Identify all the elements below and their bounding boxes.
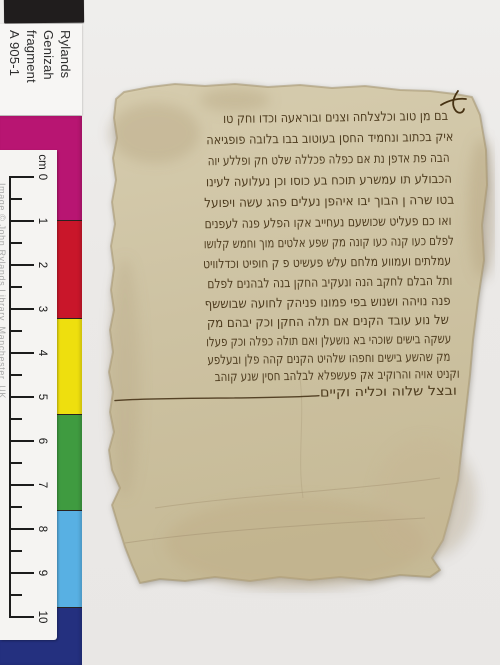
ruler-tick-major: [9, 308, 34, 310]
ruler-tick-major: [9, 440, 34, 442]
ruler-tick-major: [9, 352, 34, 354]
ruler-number: 5: [36, 388, 48, 406]
ruler-tick-major: [9, 264, 34, 266]
ruler-tick-minor: [9, 506, 22, 508]
ruler-tick-minor: [9, 242, 22, 244]
ruler-card: cm 012345678910: [0, 150, 57, 640]
handwriting-line: ובצל שלוה וכליה וקיים: [320, 384, 457, 401]
shelfmark-line: Rylands: [57, 30, 73, 106]
ruler-tick-minor: [9, 330, 22, 332]
ruler-number: 1: [36, 212, 48, 230]
ruler-number: 9: [36, 564, 48, 582]
shelfmark-line: A 905-1: [6, 30, 22, 106]
ruler-tick-minor: [9, 550, 22, 552]
ruler-number: 2: [36, 256, 48, 274]
ruler-number: 4: [36, 344, 48, 362]
shelfmark-label: Rylands Genizah fragment A 905-1: [0, 24, 82, 115]
ruler-tick-major: [9, 396, 34, 398]
ruler-number: 8: [36, 520, 48, 538]
photo-scene: Rylands Genizah fragment A 905-1 cm 0123…: [0, 0, 500, 665]
ruler-tick-minor: [9, 418, 22, 420]
ruler-tick-minor: [9, 198, 22, 200]
barcode-sticker: [4, 0, 84, 23]
ruler-number: 3: [36, 300, 48, 318]
shelfmark-line: fragment: [23, 30, 39, 106]
ruler-number: 0: [36, 168, 48, 186]
copyright-watermark: Image © John Rylands Library, Manchester…: [0, 183, 7, 585]
ruler-number: 6: [36, 432, 48, 450]
ruler-tick-major: [9, 572, 34, 574]
ruler-tick-major: [9, 528, 34, 530]
ruler-tick-minor: [9, 374, 22, 376]
ruler-tick-minor: [9, 594, 22, 596]
ruler-number: 7: [36, 476, 48, 494]
ruler-number: 10: [36, 608, 48, 626]
ruler-tick-minor: [9, 462, 22, 464]
ruler-tick-minor: [9, 286, 22, 288]
ruler-tick-major: [9, 484, 34, 486]
shelfmark-line: Genizah: [40, 30, 56, 106]
ruler-tick-major: [9, 220, 34, 222]
manuscript-fragment: בם מן טוב וכלצלחה וצנים ובוראעה וכדו וחק…: [95, 78, 495, 593]
ruler-tick-major: [9, 176, 34, 178]
ruler-tick-major: [9, 616, 34, 618]
handwriting-line: בם מן טוב וכלצלחה וצנים ובוראעה וכדו וחק…: [223, 109, 448, 127]
